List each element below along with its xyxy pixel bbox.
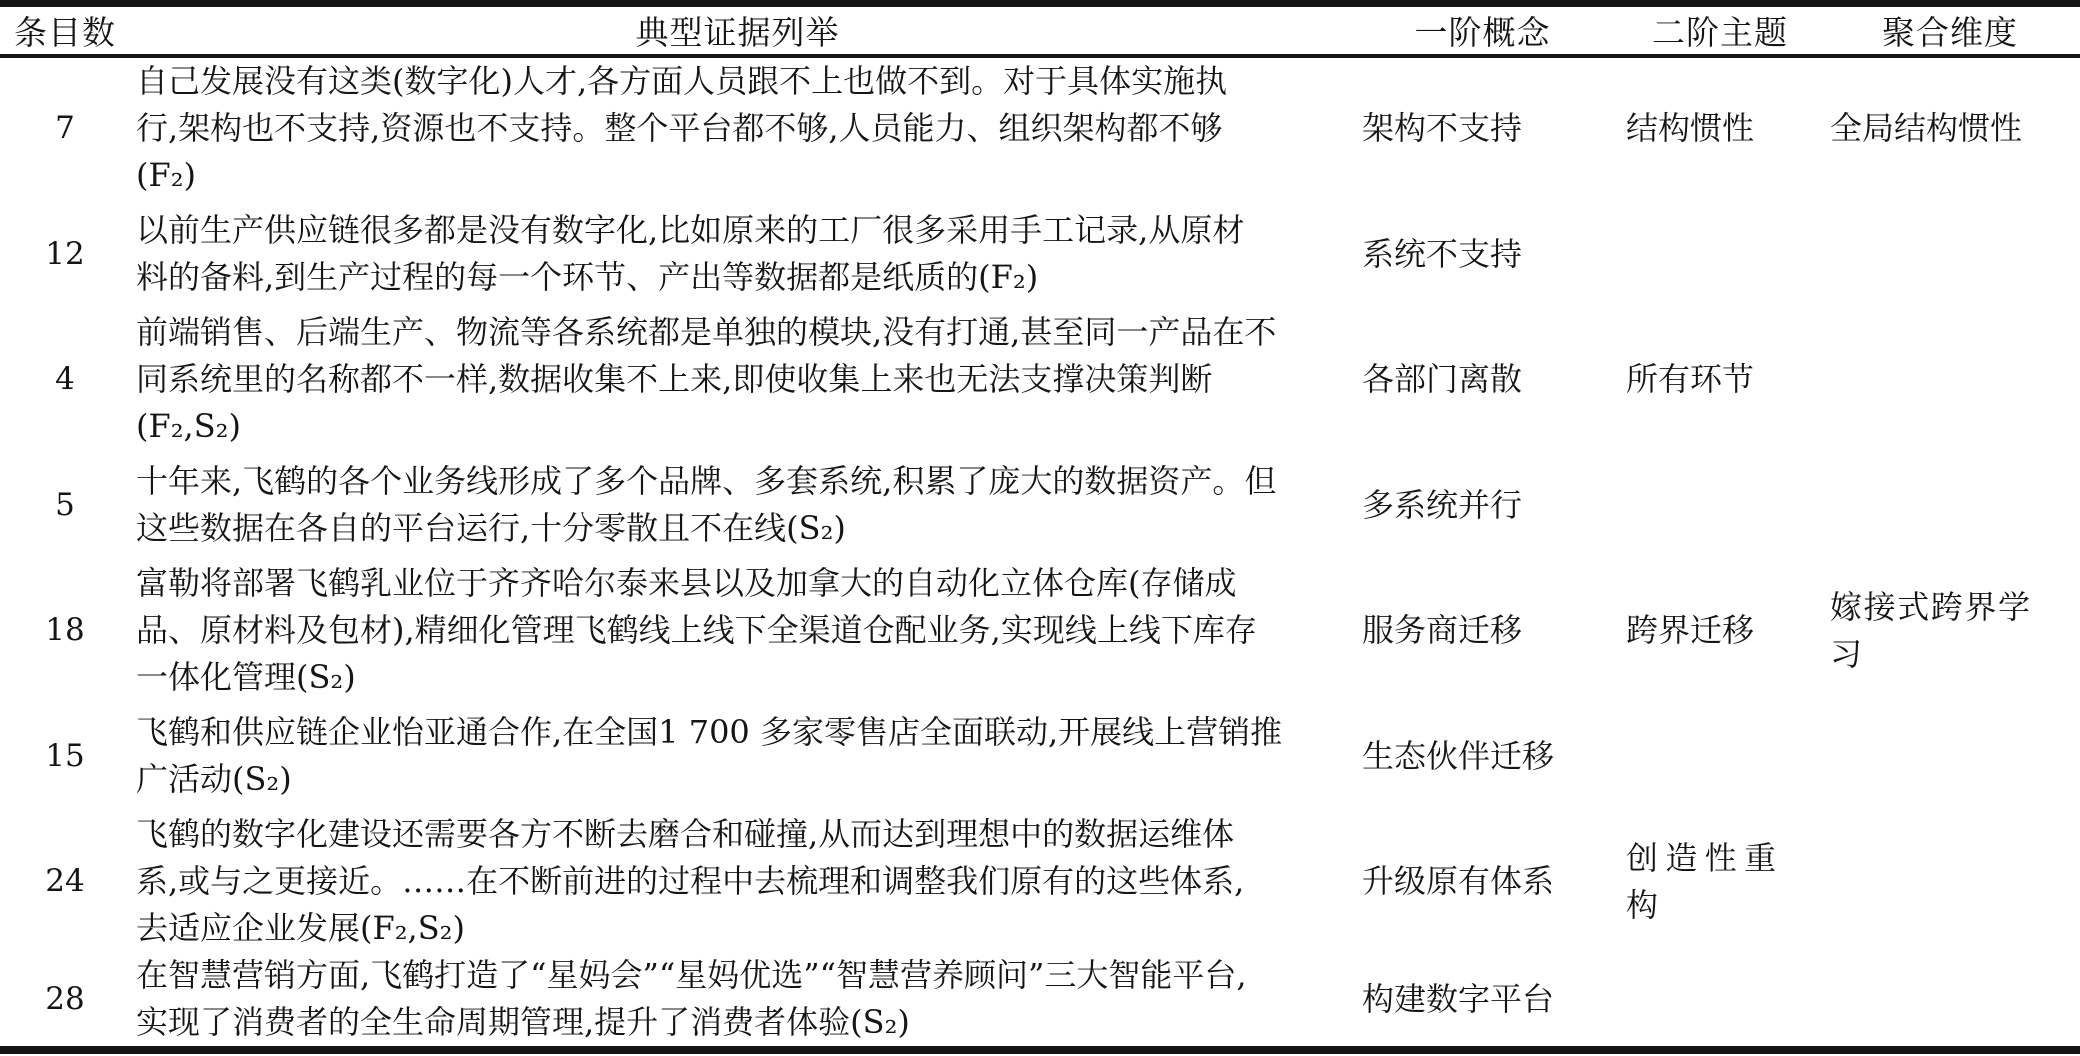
table-row: 24 飞鹤的数字化建设还需要各方不断去磨合和碰撞,从而达到理想中的数据运维体 系… [0,811,2080,952]
entry-count: 5 [0,450,130,560]
first-order-concept: 多系统并行 [1345,450,1620,560]
table-row: 18 富勒将部署飞鹤乳业位于齐齐哈尔泰来县以及加拿大的自动化立体仓库(存储成 品… [0,560,2080,701]
aggregate-dimension [1820,701,2080,811]
header-evidence: 典型证据列举 [130,4,1345,57]
table-row: 4 前端销售、后端生产、物流等各系统都是单独的模块,没有打通,甚至同一产品在不 … [0,309,2080,450]
coding-table: 条目数 典型证据列举 一阶概念 二阶主题 聚合维度 7 自己发展没有这类(数字化… [0,0,2080,1054]
aggregate-dimension [1820,952,2080,1050]
table-row: 15 飞鹤和供应链企业怡亚通合作,在全国1 700 多家零售店全面联动,开展线上… [0,701,2080,811]
entry-count: 24 [0,811,130,952]
header-first-order-concept: 一阶概念 [1345,4,1620,57]
evidence-text: 富勒将部署飞鹤乳业位于齐齐哈尔泰来县以及加拿大的自动化立体仓库(存储成 品、原材… [130,560,1345,701]
aggregate-dimension: 全局结构惯性 [1820,56,2080,199]
second-order-theme: 结构惯性 [1620,56,1820,199]
first-order-concept: 各部门离散 [1345,309,1620,450]
evidence-text: 以前生产供应链很多都是没有数字化,比如原来的工厂很多采用手工记录,从原材 料的备… [130,199,1345,309]
entry-count: 7 [0,56,130,199]
entry-count: 18 [0,560,130,701]
evidence-text: 飞鹤的数字化建设还需要各方不断去磨合和碰撞,从而达到理想中的数据运维体 系,或与… [130,811,1345,952]
entry-count: 28 [0,952,130,1050]
aggregate-dimension: 嫁接式跨界学习 [1820,560,2080,701]
first-order-concept: 升级原有体系 [1345,811,1620,952]
second-order-theme [1620,952,1820,1050]
aggregate-dimension [1820,450,2080,560]
table-header-row: 条目数 典型证据列举 一阶概念 二阶主题 聚合维度 [0,4,2080,57]
entry-count: 12 [0,199,130,309]
evidence-text: 在智慧营销方面,飞鹤打造了“星妈会”“星妈优选”“智慧营养顾问”三大智能平台, … [130,952,1345,1050]
second-order-theme [1620,701,1820,811]
header-second-order-theme: 二阶主题 [1620,4,1820,57]
second-order-theme: 创造性重构 [1620,811,1820,952]
first-order-concept: 架构不支持 [1345,56,1620,199]
table-row: 12 以前生产供应链很多都是没有数字化,比如原来的工厂很多采用手工记录,从原材 … [0,199,2080,309]
aggregate-dimension [1820,199,2080,309]
evidence-text: 自己发展没有这类(数字化)人才,各方面人员跟不上也做不到。对于具体实施执 行,架… [130,56,1345,199]
aggregate-dimension [1820,811,2080,952]
header-entry-count: 条目数 [0,4,130,57]
table-row: 7 自己发展没有这类(数字化)人才,各方面人员跟不上也做不到。对于具体实施执 行… [0,56,2080,199]
first-order-concept: 构建数字平台 [1345,952,1620,1050]
evidence-text: 十年来,飞鹤的各个业务线形成了多个品牌、多套系统,积累了庞大的数据资产。但 这些… [130,450,1345,560]
entry-count: 4 [0,309,130,450]
table-row: 28 在智慧营销方面,飞鹤打造了“星妈会”“星妈优选”“智慧营养顾问”三大智能平… [0,952,2080,1050]
second-order-theme [1620,199,1820,309]
first-order-concept: 系统不支持 [1345,199,1620,309]
first-order-concept: 服务商迁移 [1345,560,1620,701]
aggregate-dimension [1820,309,2080,450]
evidence-text: 飞鹤和供应链企业怡亚通合作,在全国1 700 多家零售店全面联动,开展线上营销推… [130,701,1345,811]
second-order-theme: 所有环节 [1620,309,1820,450]
evidence-text: 前端销售、后端生产、物流等各系统都是单独的模块,没有打通,甚至同一产品在不 同系… [130,309,1345,450]
entry-count: 15 [0,701,130,811]
header-aggregate-dimension: 聚合维度 [1820,4,2080,57]
second-order-theme [1620,450,1820,560]
table-row: 5 十年来,飞鹤的各个业务线形成了多个品牌、多套系统,积累了庞大的数据资产。但 … [0,450,2080,560]
first-order-concept: 生态伙伴迁移 [1345,701,1620,811]
second-order-theme: 跨界迁移 [1620,560,1820,701]
